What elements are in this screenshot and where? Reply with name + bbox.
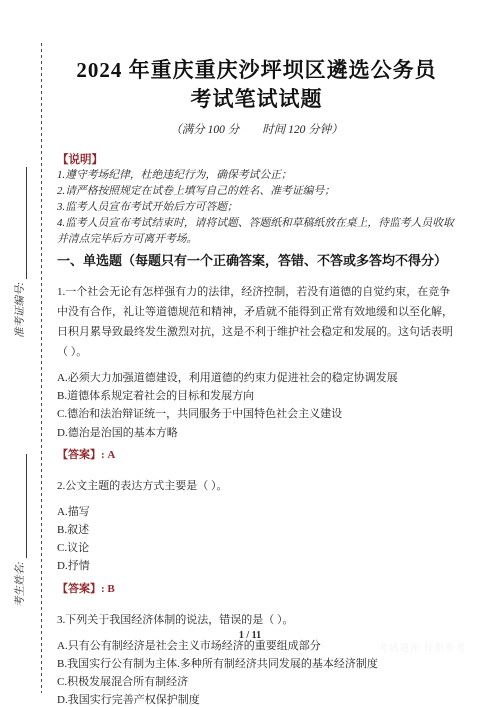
question-1-answer: 【答案】: A [57, 447, 456, 463]
notice-item: 1.遵守考场纪律，杜绝违纪行为，确保考试公正； [57, 167, 456, 183]
question-3: 3.下列关于我国经济体制的说法，错误的是（ ）。 A.只有公有制经济是社会主义市… [57, 610, 456, 707]
question-2-option-d: D.抒情 [57, 557, 456, 575]
notice-item: 2.请严格按照规定在试卷上填写自己的姓名、准考证编号； [57, 183, 456, 199]
question-2: 2.公文主题的表达方式主要是（ ）。 A.描写 B.叙述 C.议论 D.抒情 【… [57, 476, 456, 597]
document-title-line1: 2024 年重庆重庆沙坪坝区遴选公务员 [57, 56, 456, 85]
question-1-option-c: C.德治和法治辩证统一，共同服务于中国特色社会主义建设 [57, 405, 456, 423]
question-1-option-d: D.德治是治国的基本方略 [57, 424, 456, 442]
exam-document-page: { "page": { "title_line1": "2024 年重庆重庆沙坪… [0, 0, 500, 707]
answer-label: 【答案】: [57, 583, 107, 595]
document-title: 2024 年重庆重庆沙坪坝区遴选公务员 考试笔试试题 [57, 56, 456, 114]
question-1-options: A.必须大力加强道德建设，利用道德的约束力促进社会的稳定协调发展 B.道德体系规… [57, 369, 456, 442]
ticket-number-label: 准考证编号: [12, 282, 27, 338]
answer-letter: B [107, 583, 114, 595]
section-heading-single-choice: 一、单选题（每题只有一个正确答案，答错、不答或多答均不得分） [57, 252, 456, 269]
question-2-option-b: B.叙述 [57, 521, 456, 539]
document-content: 2024 年重庆重庆沙坪坝区遴选公务员 考试笔试试题 （满分 100 分 时间 … [57, 56, 456, 707]
question-2-option-a: A.描写 [57, 503, 456, 521]
answer-letter: A [107, 449, 115, 461]
question-1-stem: 1.一个社会无论有怎样强有力的法律，经济控制，若没有道德的自觉约束，在竞争中没有… [57, 282, 456, 362]
ticket-number-blank-line [16, 167, 27, 279]
score-time-subtitle: （满分 100 分 时间 120 分钟） [57, 121, 456, 137]
candidate-name-label: 考生姓名: [12, 562, 27, 608]
notice-item: 3.监考人员宣布考试开始后方可答题； [57, 199, 456, 215]
question-3-option-d: D.我国实行完善产权保护制度 [57, 691, 456, 707]
question-2-option-c: C.议论 [57, 539, 456, 557]
question-3-option-b: B.我国实行公有制为主体.多种所有制经济共同发展的基本经济制度 [57, 655, 456, 673]
ticket-number-field: 准考证编号: [11, 148, 27, 338]
notice-block: 【说明】 1.遵守考场纪律，杜绝违纪行为，确保考试公正； 2.请严格按照规定在试… [57, 151, 456, 247]
question-1: 1.一个社会无论有怎样强有力的法律，经济控制，若没有道德的自觉约束，在竞争中没有… [57, 282, 456, 463]
question-2-options: A.描写 B.叙述 C.议论 D.抒情 [57, 503, 456, 576]
question-2-stem: 2.公文主题的表达方式主要是（ ）。 [57, 476, 456, 496]
answer-label: 【答案】: [57, 449, 107, 461]
question-1-option-b: B.道德体系规定着社会的目标和发展方向 [57, 387, 456, 405]
question-1-option-a: A.必须大力加强道德建设，利用道德的约束力促进社会的稳定协调发展 [57, 369, 456, 387]
document-title-line2: 考试笔试试题 [57, 85, 456, 114]
notice-heading: 【说明】 [57, 151, 456, 167]
notice-item: 4.监考人员宣布考试结束时，请将试题、答题纸和草稿纸放在桌上，待监考人员收取并清… [57, 215, 456, 247]
candidate-name-blank-line [16, 455, 27, 559]
question-3-option-c: C.积极发展混合所有制经济 [57, 673, 456, 691]
candidate-name-field: 考生姓名: [11, 429, 27, 607]
question-2-answer: 【答案】: B [57, 581, 456, 597]
question-3-stem: 3.下列关于我国经济体制的说法，错误的是（ ）。 [57, 610, 456, 630]
watermark-text: 考试题库 仅供参考 [379, 640, 466, 654]
margin-dashed-rule [41, 43, 42, 693]
